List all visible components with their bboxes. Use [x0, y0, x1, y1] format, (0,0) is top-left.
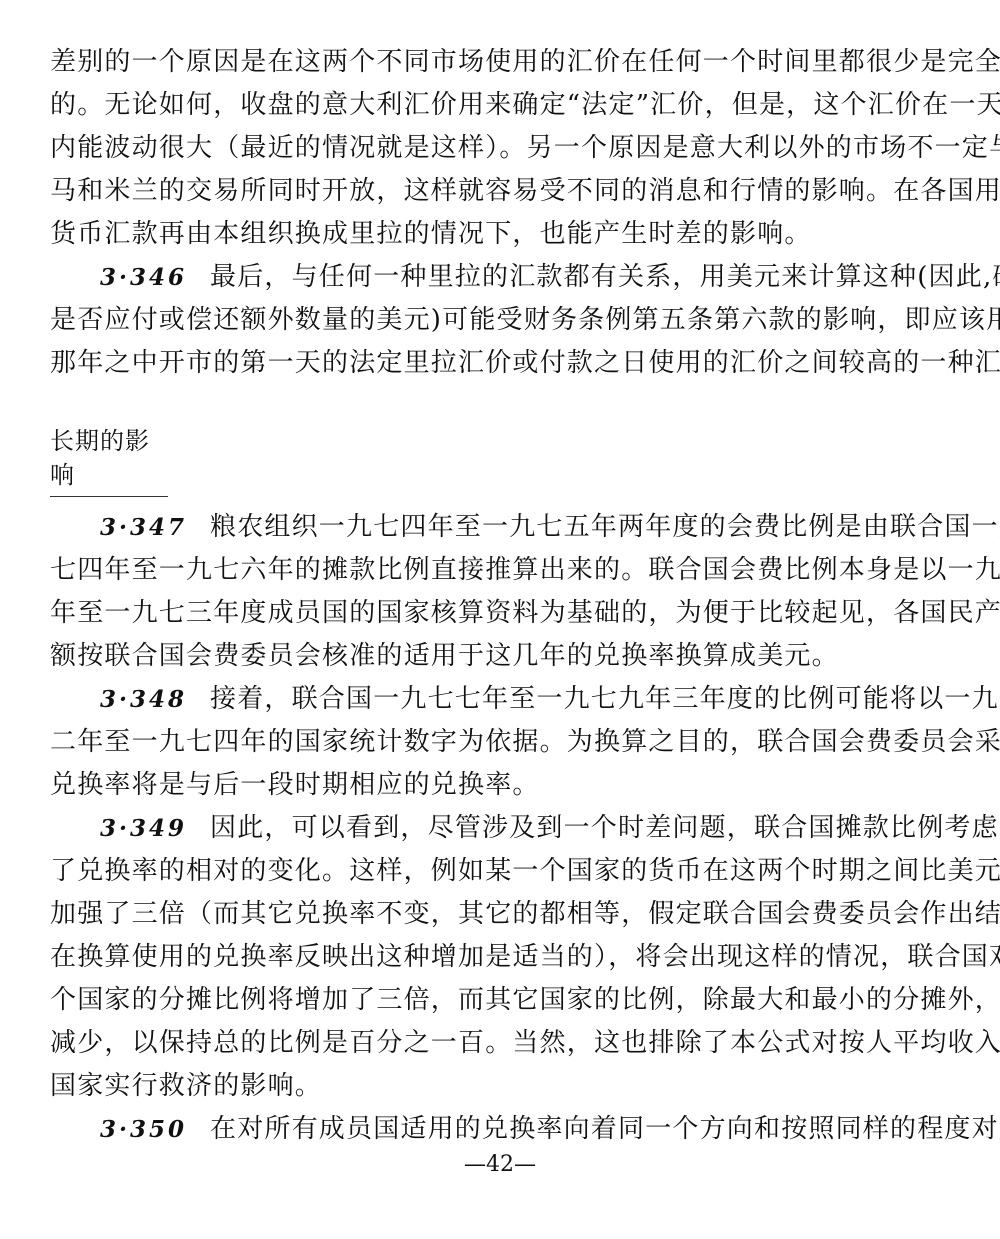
paragraph-3-348-first-line: 3·348接着，联合国一九七七年至一九七九年三年度的比例可能将以一九七	[50, 679, 935, 719]
paragraph-number: 3·346	[100, 258, 210, 298]
text-line: 二年至一九七四年的国家统计数字为依据。为换算之目的，联合国会费委员会采纳的	[50, 722, 935, 762]
text-line: 粮农组织一九七四年至一九七五年两年度的会费比例是由联合国一九	[210, 507, 930, 547]
text-line: 额按联合国会费委员会核准的适用于这几年的兑换率换算成美元。	[50, 636, 935, 676]
document-page: 差别的一个原因是在这两个不同市场使用的汇价在任何一个时间里都很少是完全一样 的。…	[0, 0, 1000, 1239]
text-line: 差别的一个原因是在这两个不同市场使用的汇价在任何一个时间里都很少是完全一样	[50, 42, 935, 82]
text-line: 加强了三倍（而其它兑换率不变，其它的都相等，假定联合国会费委员会作出结论，	[50, 894, 935, 934]
text-line: 在对所有成员国适用的兑换率向着同一个方向和按照同样的程度对美	[210, 1109, 930, 1149]
text-line: 内能波动很大（最近的情况就是这样）。另一个原因是意大利以外的市场不一定与罗	[50, 128, 935, 168]
paragraph-3-349-first-line: 3·349因此，可以看到，尽管涉及到一个时差问题，联合国摊款比例考虑到	[50, 808, 935, 848]
text-line: 国家实行救济的影响。	[50, 1066, 935, 1106]
text-line: 七四年至一九七六年的摊款比例直接推算出来的。联合国会费比例本身是以一九六九	[50, 550, 935, 590]
paragraph-3-346-first-line: 3·346最后，与任何一种里拉的汇款都有关系，用美元来计算这种(因此,确定	[50, 257, 935, 297]
paragraph-3-347-first-line: 3·347粮农组织一九七四年至一九七五年两年度的会费比例是由联合国一九	[50, 507, 935, 547]
text-line: 减少，以保持总的比例是百分之一百。当然，这也排除了本公式对按人平均收入低的	[50, 1023, 935, 1063]
text-line: 在换算使用的兑换率反映出这种增加是适当的），将会出现这样的情况，联合国对那	[50, 937, 935, 977]
section-heading: 长期的影响	[50, 424, 168, 497]
text-line: 最后，与任何一种里拉的汇款都有关系，用美元来计算这种(因此,确定	[210, 257, 930, 297]
text-line: 因此，可以看到，尽管涉及到一个时差问题，联合国摊款比例考虑到	[210, 808, 930, 848]
text-line: 那年之中开市的第一天的法定里拉汇价或付款之日使用的汇价之间较高的一种汇价。	[50, 343, 935, 383]
text-line: 的。无论如何，收盘的意大利汇价用来确定“法定”汇价，但是，这个汇价在一天之	[50, 85, 935, 125]
paragraph-number: 3·349	[100, 809, 210, 849]
text-line: 货币汇款再由本组织换成里拉的情况下，也能产生时差的影响。	[50, 214, 935, 254]
page-number: —42—	[0, 1150, 1000, 1180]
text-line: 兑换率将是与后一段时期相应的兑换率。	[50, 765, 935, 805]
text-line: 是否应付或偿还额外数量的美元)可能受财务条例第五条第六款的影响，即应该用付款	[50, 300, 935, 340]
paragraph-number: 3·348	[100, 680, 210, 720]
paragraph-3-350-first-line: 3·350在对所有成员国适用的兑换率向着同一个方向和按照同样的程度对美	[50, 1109, 935, 1149]
text-line: 个国家的分摊比例将增加了三倍，而其它国家的比例，除最大和最小的分摊外，将会	[50, 980, 935, 1020]
text-line: 年至一九七三年度成员国的国家核算资料为基础的，为便于比较起见，各国民产值淨	[50, 593, 935, 633]
paragraph-number: 3·350	[100, 1110, 210, 1150]
text-line: 了兑换率的相对的变化。这样，例如某一个国家的货币在这两个时期之间比美元平均	[50, 851, 935, 891]
paragraph-number: 3·347	[100, 508, 210, 548]
text-line: 马和米兰的交易所同时开放，这样就容易受不同的消息和行情的影响。在各国用自己	[50, 171, 935, 211]
text-line: 接着，联合国一九七七年至一九七九年三年度的比例可能将以一九七	[210, 679, 930, 719]
